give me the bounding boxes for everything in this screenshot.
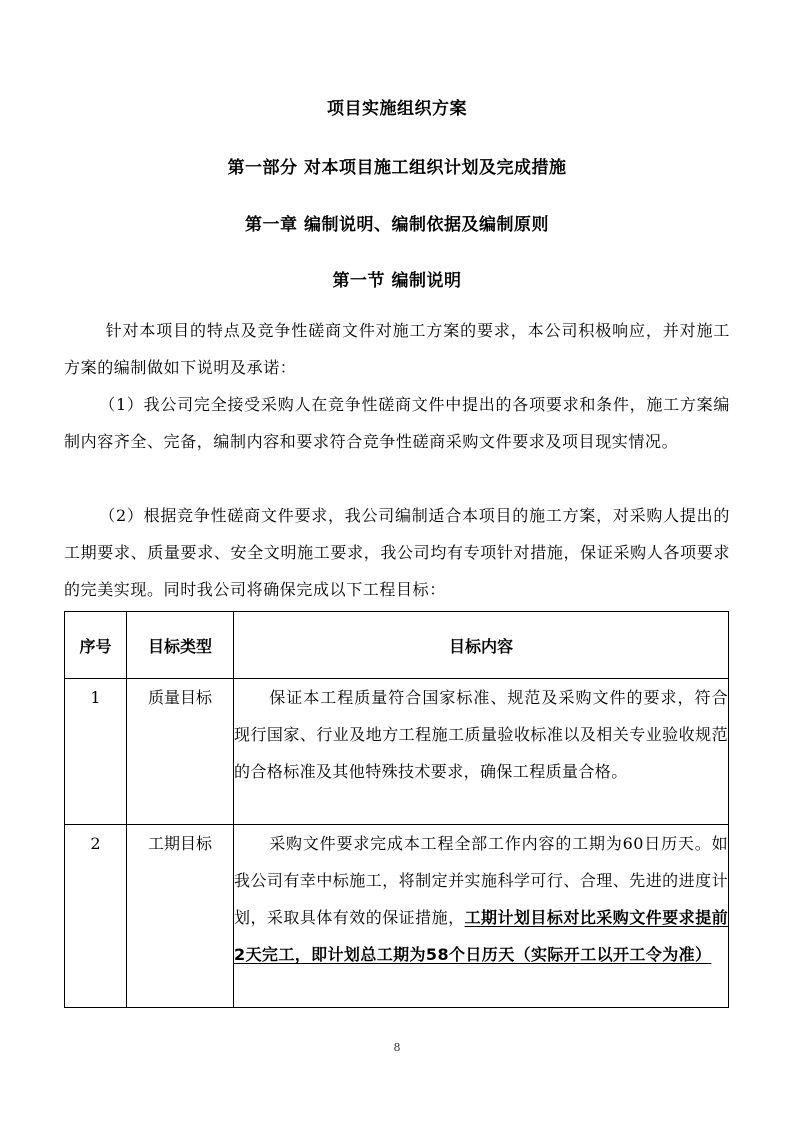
row-content: 保证本工程质量符合国家标准、规范及采购文件的要求，符合现行国家、行业及地方工程施… <box>234 679 729 825</box>
intro-paragraph: 针对本项目的特点及竞争性磋商文件对施工方案的要求，本公司积极响应，并对施工方案的… <box>64 312 730 386</box>
row-content: 采购文件要求完成本工程全部工作内容的工期为60日历天。如我公司有幸中标施工，将制… <box>234 825 729 1008</box>
goals-table: 序号 目标类型 目标内容 1 质量目标 保证本工程质量符合国家标准、规范及采购文… <box>64 611 729 1008</box>
row-type: 质量目标 <box>127 679 234 825</box>
commitment-paragraph-1: （1）我公司完全接受采购人在竞争性磋商文件中提出的各项要求和条件，施工方案编制内… <box>64 386 730 460</box>
section-heading: 第一节 编制说明 <box>0 270 794 292</box>
row-no: 1 <box>65 679 127 825</box>
document-page: 项目实施组织方案 第一部分 对本项目施工组织计划及完成措施 第一章 编制说明、编… <box>0 0 794 1122</box>
part-heading: 第一部分 对本项目施工组织计划及完成措施 <box>0 157 794 179</box>
chapter-heading: 第一章 编制说明、编制依据及编制原则 <box>0 214 794 236</box>
content-text: 保证本工程质量符合国家标准、规范及采购文件的要求，符合现行国家、行业及地方工程施… <box>234 688 728 781</box>
commitment-paragraph-2: （2）根据竞争性磋商文件要求，我公司编制适合本项目的施工方案，对采购人提出的工期… <box>64 497 730 608</box>
document-title: 项目实施组织方案 <box>0 98 794 120</box>
header-content: 目标内容 <box>234 612 729 679</box>
table-header-row: 序号 目标类型 目标内容 <box>65 612 729 679</box>
page-number: 8 <box>0 1041 794 1054</box>
row-type: 工期目标 <box>127 825 234 1008</box>
header-type: 目标类型 <box>127 612 234 679</box>
table-row: 2 工期目标 采购文件要求完成本工程全部工作内容的工期为60日历天。如我公司有幸… <box>65 825 729 1008</box>
row-no: 2 <box>65 825 127 1008</box>
header-no: 序号 <box>65 612 127 679</box>
table-row: 1 质量目标 保证本工程质量符合国家标准、规范及采购文件的要求，符合现行国家、行… <box>65 679 729 825</box>
